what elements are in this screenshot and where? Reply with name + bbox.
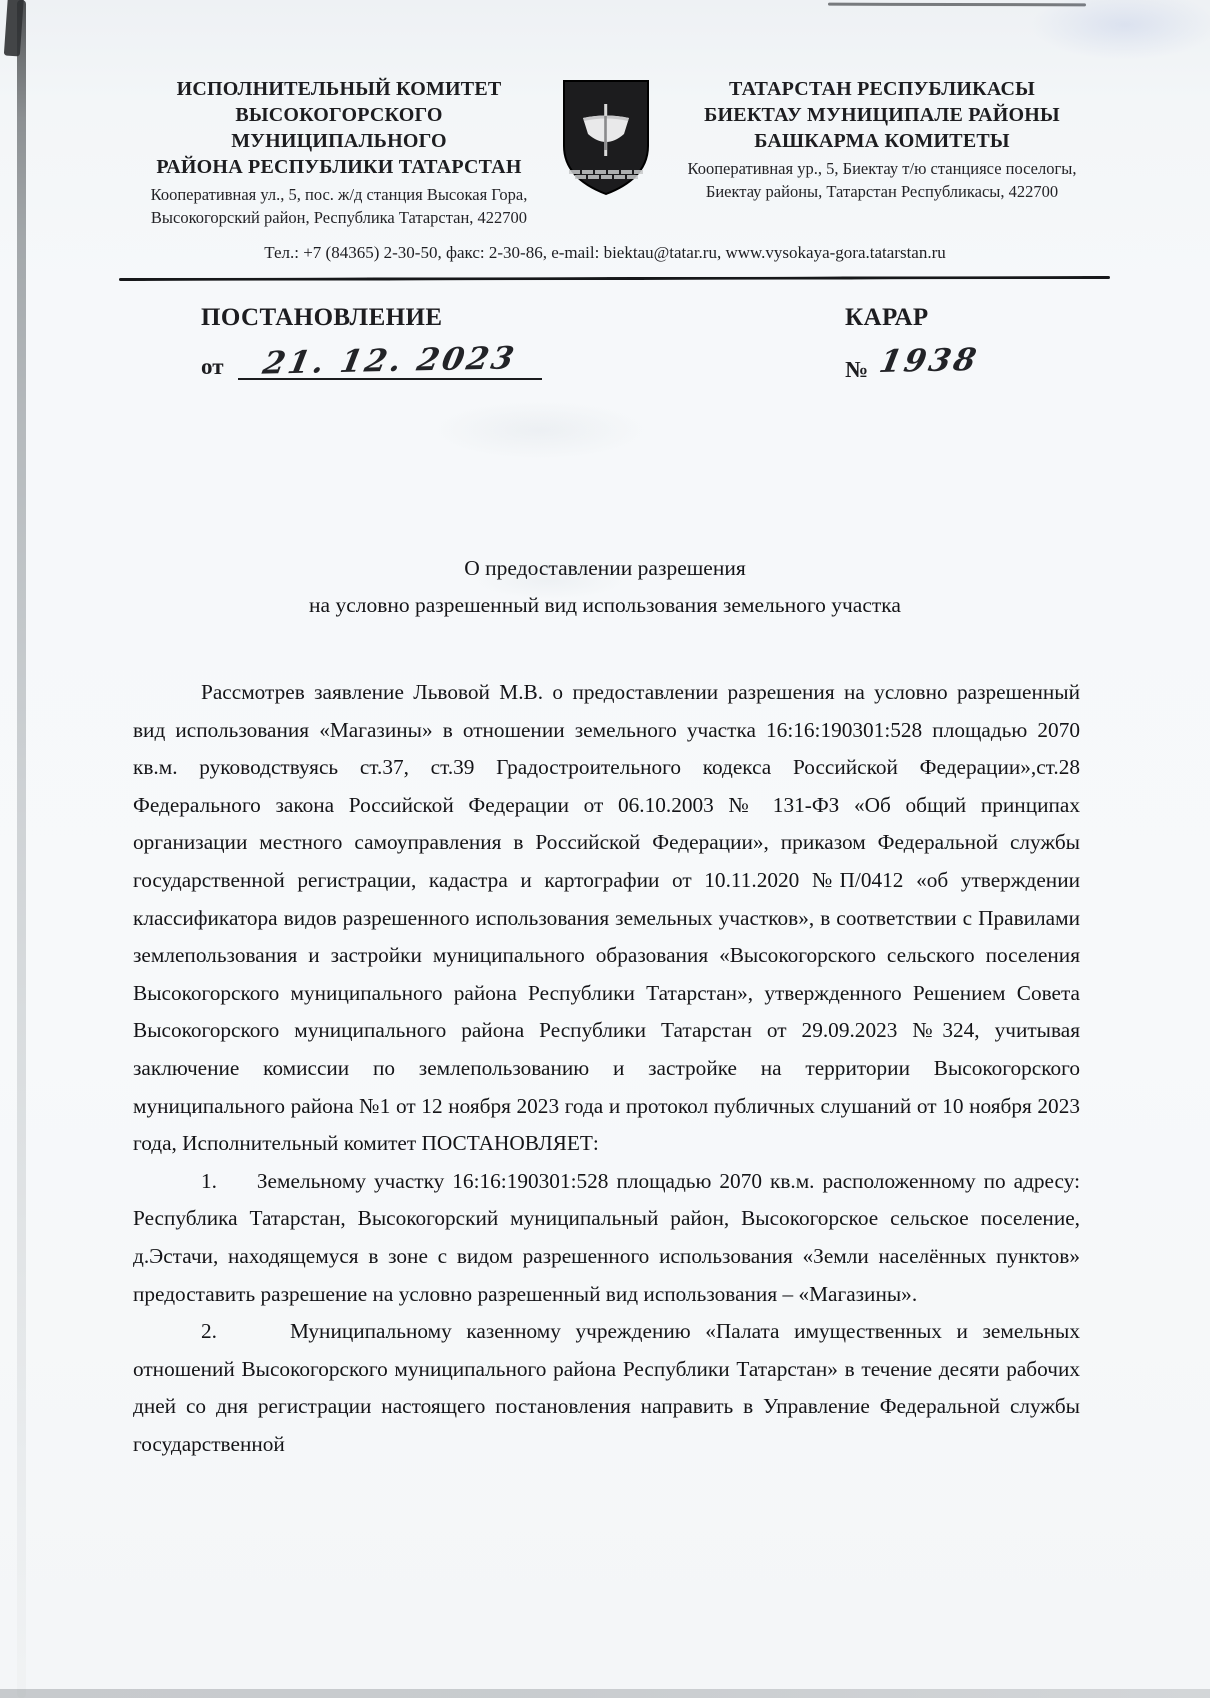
org-block-tatar: ТАТАРСТАН РЕСПУБЛИКАСЫ БИЕКТАУ МУНИЦИПАЛ… [672, 76, 1092, 203]
org-address-line: Кооперативная ул., 5, пос. ж/д станция В… [130, 183, 548, 206]
decree-number-handwritten: 1938 [876, 342, 982, 380]
decree-date-line: 21. 12. 2023 [238, 341, 542, 380]
contact-line: Тел.: +7 (84365) 2-30-50, факс: 2-30-86,… [0, 243, 1210, 263]
org-name-line: ТАТАРСТАН РЕСПУБЛИКАСЫ [672, 76, 1092, 102]
decree-title-ru: ПОСТАНОВЛЕНИЕ [201, 304, 542, 332]
org-address-line: Биектау районы, Татарстан Республикасы, … [672, 180, 1092, 203]
body-paragraph-preamble: Рассмотрев заявление Львовой М.В. о пред… [133, 674, 1080, 1163]
body-paragraph-item-1: 1. Земельному участку 16:16:190301:528 п… [133, 1163, 1080, 1313]
header-divider [119, 276, 1110, 281]
org-name-line: ВЫСОКОГОРСКОГО МУНИЦИПАЛЬНОГО [130, 102, 548, 154]
org-name-line: ИСПОЛНИТЕЛЬНЫЙ КОМИТЕТ [130, 76, 548, 102]
org-name-line: РАЙОНА РЕСПУБЛИКИ ТАТАРСТАН [130, 154, 548, 180]
body-paragraph-item-2: 2. Муниципальному казенному учреждению «… [133, 1313, 1080, 1463]
decree-header-russian: ПОСТАНОВЛЕНИЕ от 21. 12. 2023 [201, 304, 542, 380]
scan-left-edge-artifact [17, 0, 26, 1698]
decree-title-tt: КАРАР [845, 304, 978, 332]
letterhead: ИСПОЛНИТЕЛЬНЫЙ КОМИТЕТ ВЫСОКОГОРСКОГО МУ… [0, 0, 1210, 229]
org-block-russian: ИСПОЛНИТЕЛЬНЫЙ КОМИТЕТ ВЫСОКОГОРСКОГО МУ… [130, 76, 548, 229]
decree-date-handwritten: 21. 12. 2023 [260, 340, 520, 381]
decree-date-label: от [201, 354, 224, 380]
decree-number-label: № [845, 357, 868, 383]
scan-smudge [1030, 0, 1210, 60]
org-address-line: Кооперативная ур., 5, Биектау т/ю станци… [672, 157, 1092, 180]
org-address: Кооперативная ул., 5, пос. ж/д станция В… [130, 183, 548, 229]
decree-header: ПОСТАНОВЛЕНИЕ от 21. 12. 2023 КАРАР № 19… [0, 304, 1210, 414]
scan-smudge [470, 560, 630, 600]
document-body: Рассмотрев заявление Львовой М.В. о пред… [133, 674, 1080, 1463]
org-name-line: БИЕКТАУ МУНИЦИПАЛЕ РАЙОНЫ [672, 102, 1092, 128]
org-address-line: Высокогорский район, Республика Татарста… [130, 206, 548, 229]
scanned-document-page: ИСПОЛНИТЕЛЬНЫЙ КОМИТЕТ ВЫСОКОГОРСКОГО МУ… [0, 0, 1210, 1698]
org-name-line: БАШКАРМА КОМИТЕТЫ [672, 128, 1092, 154]
scan-bottom-edge-artifact [0, 1689, 1210, 1698]
decree-header-tatar: КАРАР № 1938 [845, 304, 978, 377]
org-address: Кооперативная ур., 5, Биектау т/ю станци… [672, 157, 1092, 203]
coat-of-arms-icon [556, 78, 656, 198]
